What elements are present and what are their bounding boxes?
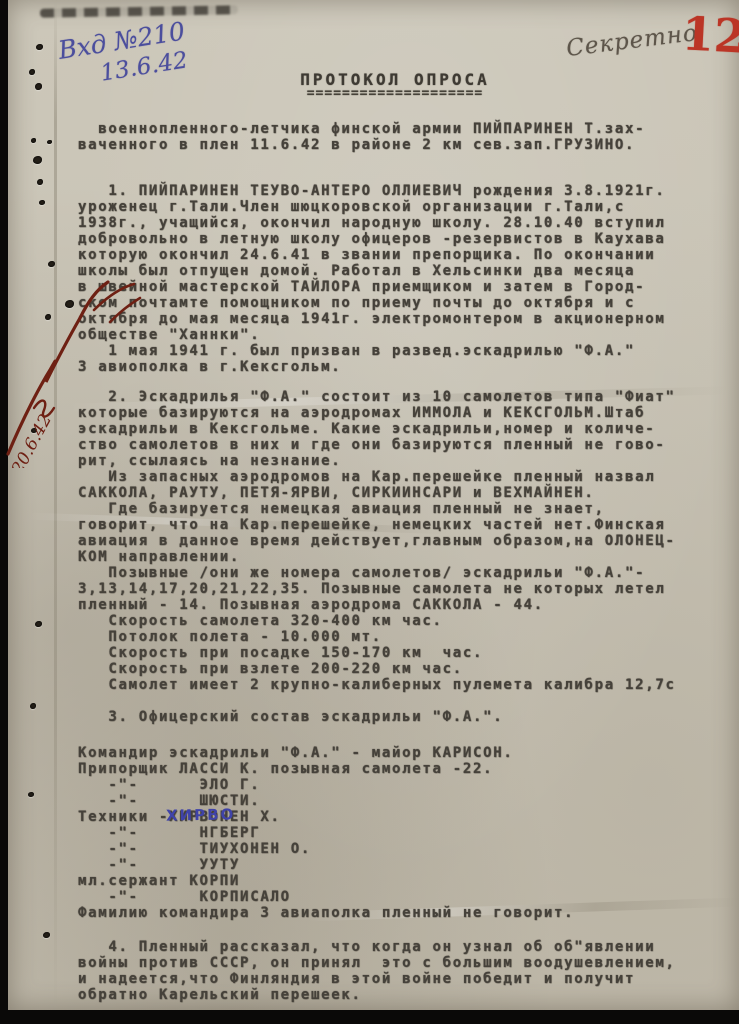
typed-line: -"- ТИУХОНЕН О. bbox=[78, 841, 730, 857]
binding-hole-mark bbox=[37, 179, 43, 185]
typed-line: ском почтамте помощником по приему почты… bbox=[78, 295, 730, 311]
typed-line: КОМ направлении. bbox=[78, 549, 730, 565]
paragraph-3-officers-list: Командир эскадрильи "Ф.А." - майор КАРИС… bbox=[78, 745, 730, 921]
typed-line: 4. Пленный рассказал, что когда он узнал… bbox=[78, 939, 730, 955]
typed-line: октября до мая месяца 1941г. электромонт… bbox=[78, 311, 730, 327]
document-header: ПРОТОКОЛ ОПРОСА ==================== bbox=[240, 70, 550, 99]
title-underline: ==================== bbox=[240, 89, 550, 99]
typed-line: 1. ПИЙПАРИНЕН ТЕУВО-АНТЕРО ОЛЛИЕВИЧ рожд… bbox=[78, 183, 730, 199]
binding-hole-mark bbox=[35, 621, 42, 627]
typed-line: военнопленного-летчика финской армии ПИЙ… bbox=[78, 121, 730, 137]
typed-line: Скорость при посадке 150-170 км час. bbox=[78, 645, 730, 661]
paragraph-2-squadron: 2. Эскадрилья "Ф.А." состоит из 10 самол… bbox=[78, 389, 730, 693]
typed-line: обратно Карельский перешеек. bbox=[78, 987, 730, 1003]
typed-line: 1 мая 1941 г. был призван в развед.эскад… bbox=[78, 343, 730, 359]
binding-hole-mark bbox=[29, 69, 35, 75]
typed-line: Из запасных аэродромов на Кар.перешейке … bbox=[78, 469, 730, 485]
binding-hole-mark bbox=[39, 200, 45, 205]
paper-fold-line bbox=[54, 0, 57, 1010]
binding-hole-mark bbox=[30, 703, 36, 709]
typed-line: говорит, что на Кар.перешейке, немецких … bbox=[78, 517, 730, 533]
typed-line: Скорость при взлете 200-220 км час. bbox=[78, 661, 730, 677]
binding-hole-mark bbox=[35, 83, 42, 90]
typed-line: Скорость самолета 320-400 км час. bbox=[78, 613, 730, 629]
binding-hole-mark bbox=[28, 792, 34, 797]
typed-line: добровольно в летную школу офицеров -рез… bbox=[78, 231, 730, 247]
intro-paragraph: военнопленного-летчика финской армии ПИЙ… bbox=[78, 121, 730, 153]
typed-line: обществе "Ханнки". bbox=[78, 327, 730, 343]
typed-line: Самолет имеет 2 крупно-калиберных пулеме… bbox=[78, 677, 730, 693]
binding-hole-mark bbox=[33, 156, 42, 164]
typed-line: -"- ЭЛО Г. bbox=[78, 777, 730, 793]
binding-hole-mark bbox=[36, 44, 43, 50]
typed-line: Позывные /они же номера самолетов/ эскад… bbox=[78, 565, 730, 581]
typed-line: войны против СССР, он принял это с больш… bbox=[78, 955, 730, 971]
typed-line: ваченного в плен 11.6.42 в районе 2 км с… bbox=[78, 137, 730, 153]
typed-line: -"- КОРПИСАЛО bbox=[78, 889, 730, 905]
typed-line: эскадрильи в Кексгольме. Какие эскадриль… bbox=[78, 421, 730, 437]
typed-line: ство самолетов в них и где они базируютс… bbox=[78, 437, 730, 453]
typed-line: -"- УУТУ bbox=[78, 857, 730, 873]
paragraph-3-heading: 3. Офицерский состав эскадрильи "Ф.А.". bbox=[78, 709, 730, 725]
typed-line: 1938г., учащийся, окончил народную школу… bbox=[78, 215, 730, 231]
typed-line: Командир эскадрильи "Ф.А." - майор КАРИС… bbox=[78, 745, 730, 761]
typed-line: 3 авиополка в г.Кексгольм. bbox=[78, 359, 730, 375]
typed-line: Потолок полета - 10.000 мт. bbox=[78, 629, 730, 645]
typed-line: которые базируются на аэродромах ИММОЛА … bbox=[78, 405, 730, 421]
binding-hole-mark bbox=[43, 932, 50, 938]
paragraph-4-statement: 4. Пленный рассказал, что когда он узнал… bbox=[78, 939, 730, 1003]
page-number: 12 bbox=[681, 6, 739, 63]
typed-line: и надеется,что Финляндия в этой войне по… bbox=[78, 971, 730, 987]
typed-line: школы был отпущен домой. Работал в Хельс… bbox=[78, 263, 730, 279]
typed-line: рит, ссылаясь на незнание. bbox=[78, 453, 730, 469]
binding-hole-mark bbox=[47, 140, 52, 144]
typed-line: авиация в данное время действует,главным… bbox=[78, 533, 730, 549]
typed-line: 2. Эскадрилья "Ф.А." состоит из 10 самол… bbox=[78, 389, 730, 405]
typed-line: Где базируется немецкая авиация пленный … bbox=[78, 501, 730, 517]
typed-line: пленный - 14. Позывная аэродрома САККОЛА… bbox=[78, 597, 730, 613]
typed-line: САККОЛА, РАУТУ, ПЕТЯ-ЯРВИ, СИРКИИНСАРИ и… bbox=[78, 485, 730, 501]
margin-ink-scribble: 20.6.42 bbox=[0, 258, 144, 468]
typed-body: военнопленного-летчика финской армии ПИЙ… bbox=[78, 121, 730, 1003]
typed-line: мл.сержант КОРПИ bbox=[78, 873, 730, 889]
typed-line: которую окончил 24.6.41 в звании препорщ… bbox=[78, 247, 730, 263]
typed-line: в швейной мастерской ТАЙЛОРА приемщиком … bbox=[78, 279, 730, 295]
paragraph-1-biography: 1. ПИЙПАРИНЕН ТЕУВО-АНТЕРО ОЛЛИЕВИЧ рожд… bbox=[78, 183, 730, 375]
typed-line: Фамилию командира 3 авиаполка пленный не… bbox=[78, 905, 730, 921]
binding-hole-mark bbox=[31, 138, 36, 143]
typed-line: 3. Офицерский состав эскадрильи "Ф.А.". bbox=[78, 709, 730, 725]
typed-line: Припорщик ЛАССИ К. позывная самолета -22… bbox=[78, 761, 730, 777]
typed-line: 3,13,14,17,20,21,22,35. Позывные самолет… bbox=[78, 581, 730, 597]
typed-line: уроженец г.Тали.Член шюцкоровской органи… bbox=[78, 199, 730, 215]
typed-line: -"- НГБЕРГ bbox=[78, 825, 730, 841]
ink-name-correction: ХИРВО bbox=[166, 805, 236, 824]
